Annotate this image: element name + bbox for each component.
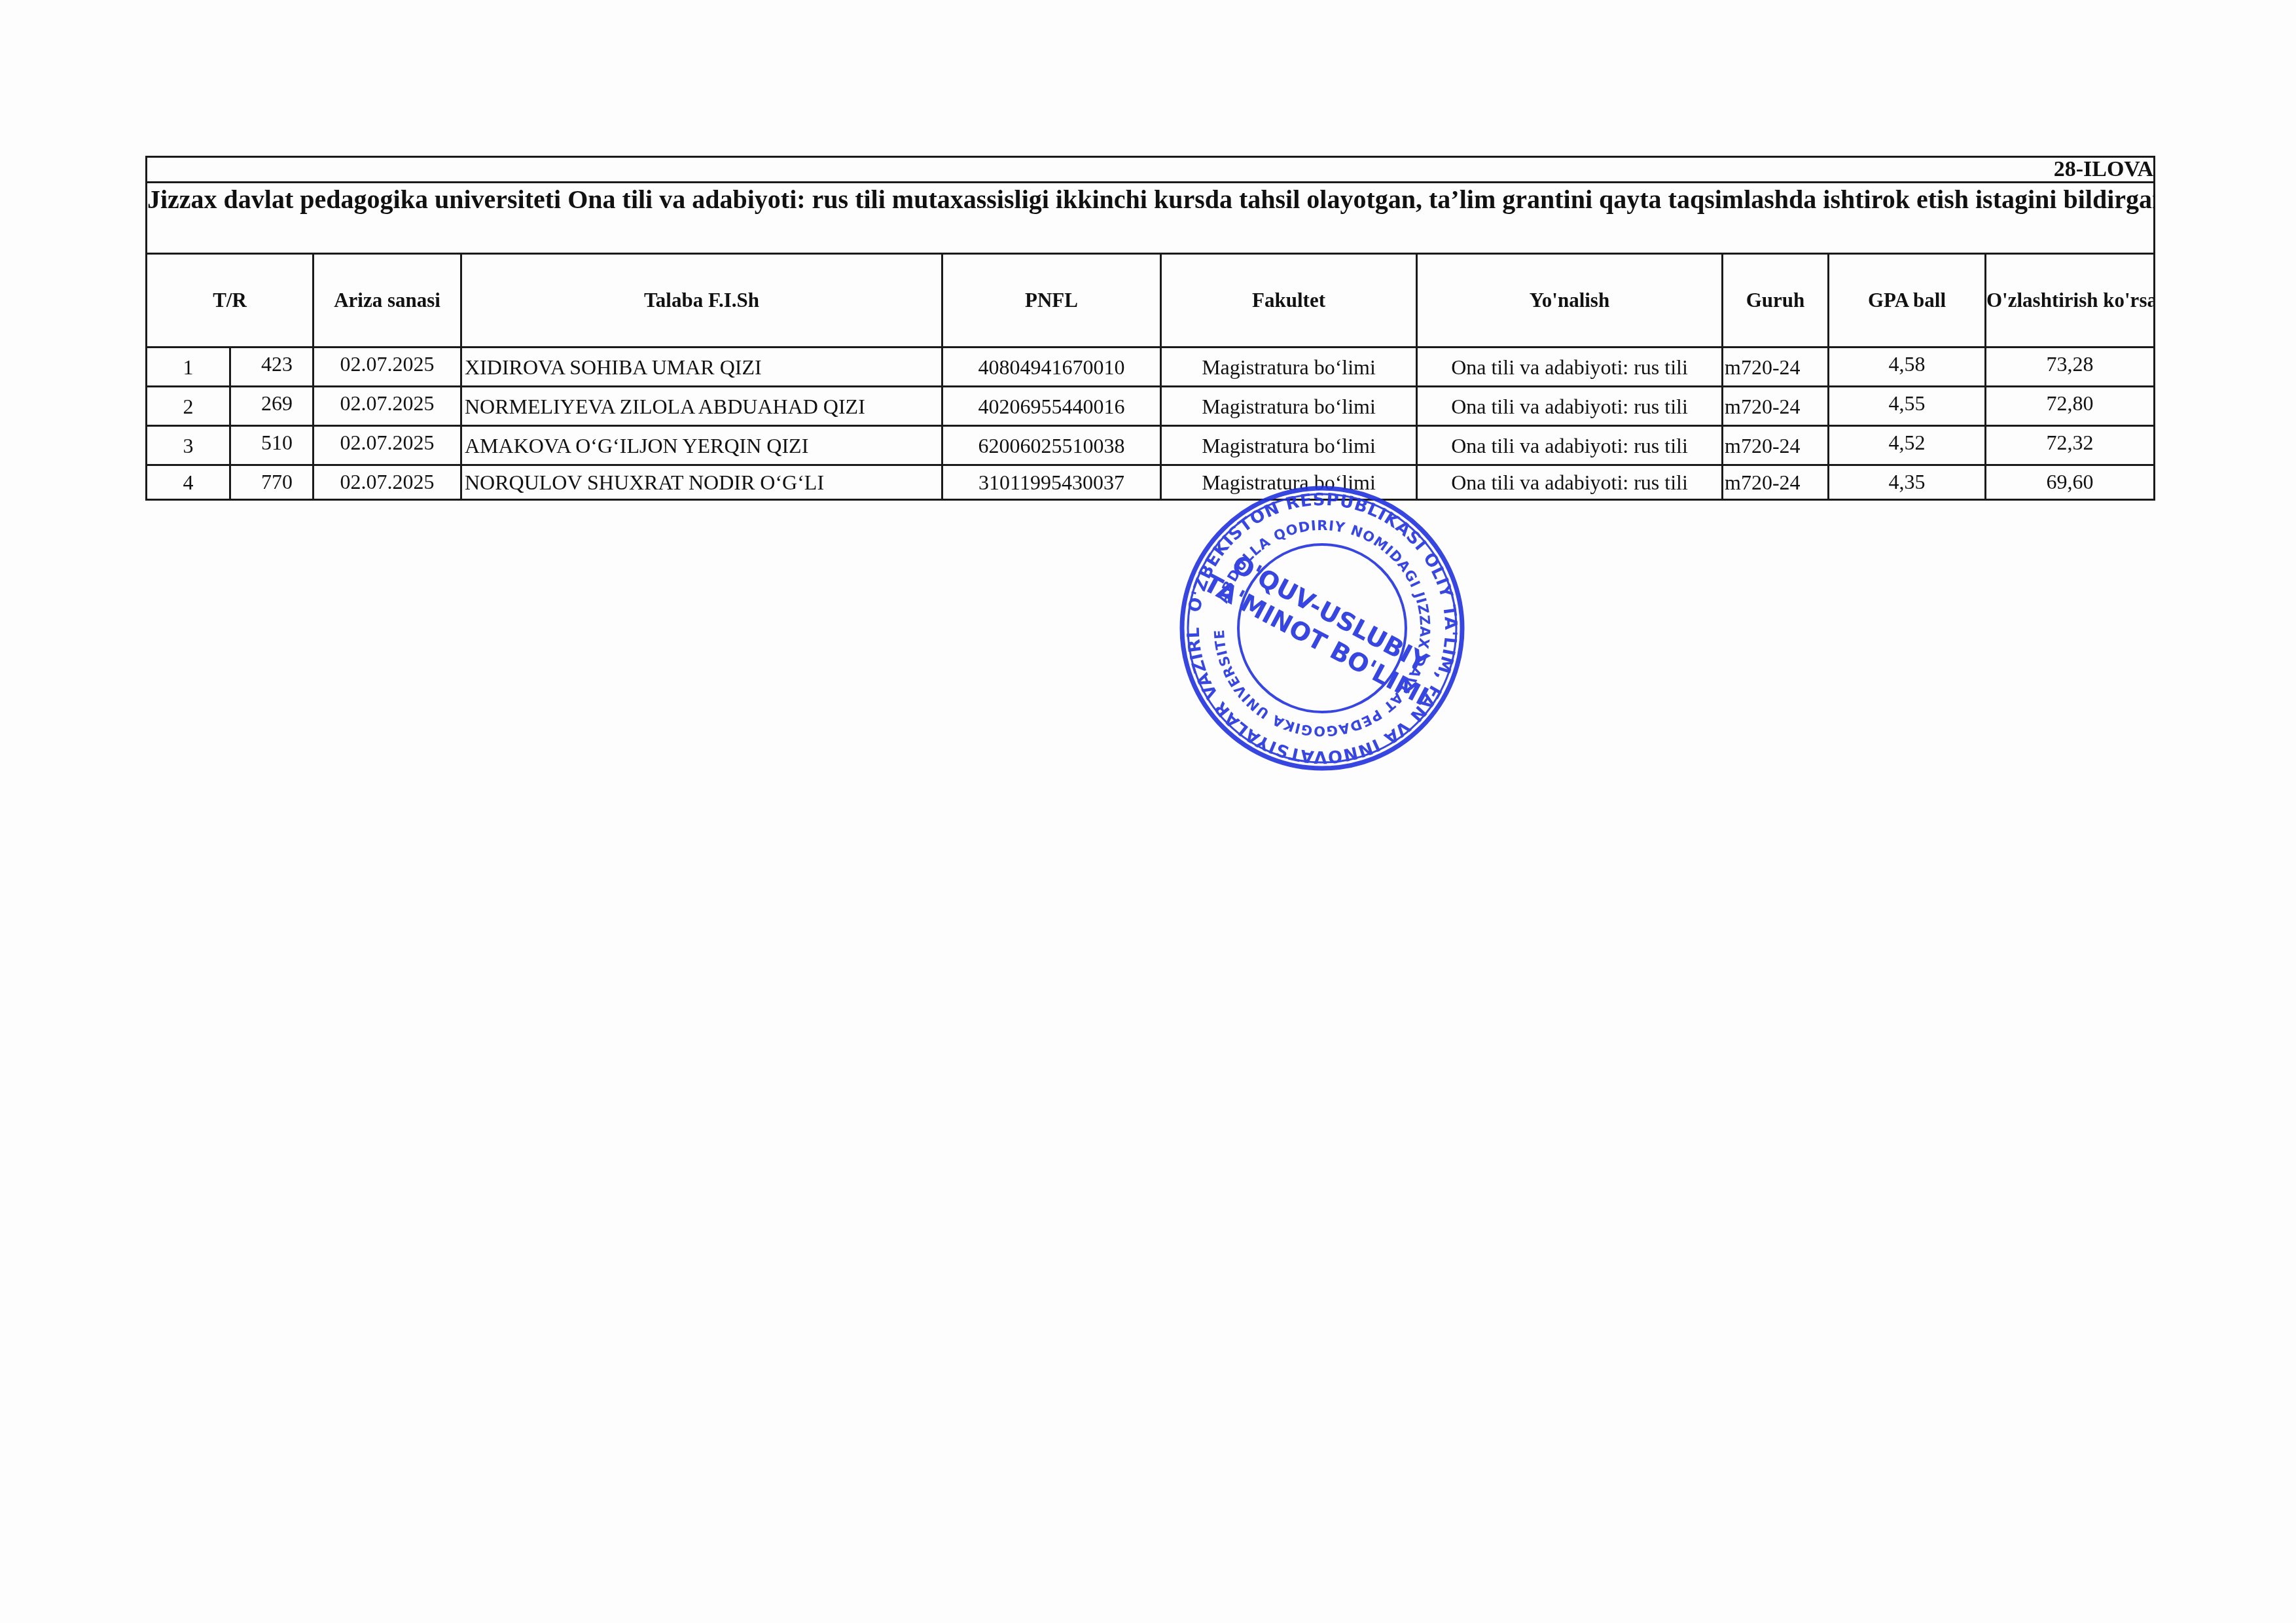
cell-gpa: 4,55: [1829, 387, 1986, 426]
cell-direction: Ona tili va adabiyoti: rus tili: [1417, 465, 1723, 500]
cell-application-date: 02.07.2025: [314, 387, 461, 426]
table-row: 142302.07.2025XIDIROVA SOHIBA UMAR QIZI4…: [147, 348, 2155, 387]
cell-application-number: 510: [230, 426, 314, 465]
header-application-date: Ariza sanasi: [314, 254, 461, 348]
cell-application-number: 423: [230, 348, 314, 387]
cell-pnfl: 31011995430037: [942, 465, 1161, 500]
student-performance-table: 28-ILOVA Jizzax davlat pedagogika univer…: [145, 156, 2155, 501]
cell-group: m720-24: [1723, 348, 1829, 387]
header-group: Guruh: [1723, 254, 1829, 348]
cell-faculty: Magistratura bo‘limi: [1161, 387, 1417, 426]
cell-faculty: Magistratura bo‘limi: [1161, 348, 1417, 387]
cell-row-number: 1: [147, 348, 230, 387]
header-gpa: GPA ball: [1829, 254, 1986, 348]
cell-achievement: 72,80: [1986, 387, 2155, 426]
cell-application-date: 02.07.2025: [314, 465, 461, 500]
cell-row-number: 4: [147, 465, 230, 500]
cell-faculty: Magistratura bo‘limi: [1161, 465, 1417, 500]
cell-direction: Ona tili va adabiyoti: rus tili: [1417, 387, 1723, 426]
svg-text:ABDULLA QODIRIY NOMIDAGI JIZZA: ABDULLA QODIRIY NOMIDAGI JIZZAX DAVLAT P…: [1175, 481, 1433, 739]
stamp-center-line1: O'QUV-USLUBIY: [1227, 550, 1433, 677]
cell-application-date: 02.07.2025: [314, 426, 461, 465]
header-direction: Yo'nalish: [1417, 254, 1723, 348]
header-tr: T/R: [147, 254, 314, 348]
cell-row-number: 2: [147, 387, 230, 426]
cell-application-number: 770: [230, 465, 314, 500]
header-pnfl: PNFL: [942, 254, 1161, 348]
table-row: 226902.07.2025NORMELIYEVA ZILOLA ABDUAHA…: [147, 387, 2155, 426]
document-page: 28-ILOVA Jizzax davlat pedagogika univer…: [0, 0, 2296, 1623]
cell-application-number: 269: [230, 387, 314, 426]
cell-student-name: AMAKOVA O‘G‘ILJON YERQIN QIZI: [461, 426, 942, 465]
cell-student-name: XIDIROVA SOHIBA UMAR QIZI: [461, 348, 942, 387]
cell-direction: Ona tili va adabiyoti: rus tili: [1417, 426, 1723, 465]
cell-group: m720-24: [1723, 387, 1829, 426]
cell-group: m720-24: [1723, 465, 1829, 500]
cell-pnfl: 40206955440016: [942, 387, 1161, 426]
table-header-row: T/R Ariza sanasi Talaba F.I.Sh PNFL Faku…: [147, 254, 2155, 348]
stamp-outer-text: O'ZBEKISTON RESPUBLIKASI OLIY TA'LIM, FA…: [1175, 481, 1460, 766]
cell-gpa: 4,52: [1829, 426, 1986, 465]
table-row: 351002.07.2025AMAKOVA O‘G‘ILJON YERQIN Q…: [147, 426, 2155, 465]
cell-direction: Ona tili va adabiyoti: rus tili: [1417, 348, 1723, 387]
official-stamp: O'ZBEKISTON RESPUBLIKASI OLIY TA'LIM, FA…: [1175, 481, 1469, 776]
header-achievement: O'zlashtirish ko'rsatgichi: [1986, 254, 2155, 348]
header-faculty: Fakultet: [1161, 254, 1417, 348]
svg-text:O'ZBEKISTON RESPUBLIKASI OLIY: O'ZBEKISTON RESPUBLIKASI OLIY TA'LIM, FA…: [1175, 481, 1460, 766]
cell-application-date: 02.07.2025: [314, 348, 461, 387]
cell-achievement: 69,60: [1986, 465, 2155, 500]
cell-student-name: NORMELIYEVA ZILOLA ABDUAHAD QIZI: [461, 387, 942, 426]
cell-achievement: 73,28: [1986, 348, 2155, 387]
cell-faculty: Magistratura bo‘limi: [1161, 426, 1417, 465]
stamp-center-line2: TA'MINOT BO'LIMI: [1198, 568, 1433, 711]
document-title: Jizzax davlat pedagogika universiteti On…: [147, 183, 2155, 254]
table-row: 477002.07.2025NORQULOV SHUXRAT NODIR O‘G…: [147, 465, 2155, 500]
cell-gpa: 4,58: [1829, 348, 1986, 387]
cell-group: m720-24: [1723, 426, 1829, 465]
cell-row-number: 3: [147, 426, 230, 465]
cell-student-name: NORQULOV SHUXRAT NODIR O‘G‘LI: [461, 465, 942, 500]
cell-pnfl: 40804941670010: [942, 348, 1161, 387]
header-student-name: Talaba F.I.Sh: [461, 254, 942, 348]
annex-label: 28-ILOVA: [147, 157, 2155, 183]
cell-gpa: 4,35: [1829, 465, 1986, 500]
cell-pnfl: 62006025510038: [942, 426, 1161, 465]
stamp-inner-text: ABDULLA QODIRIY NOMIDAGI JIZZAX DAVLAT P…: [1175, 481, 1433, 739]
cell-achievement: 72,32: [1986, 426, 2155, 465]
